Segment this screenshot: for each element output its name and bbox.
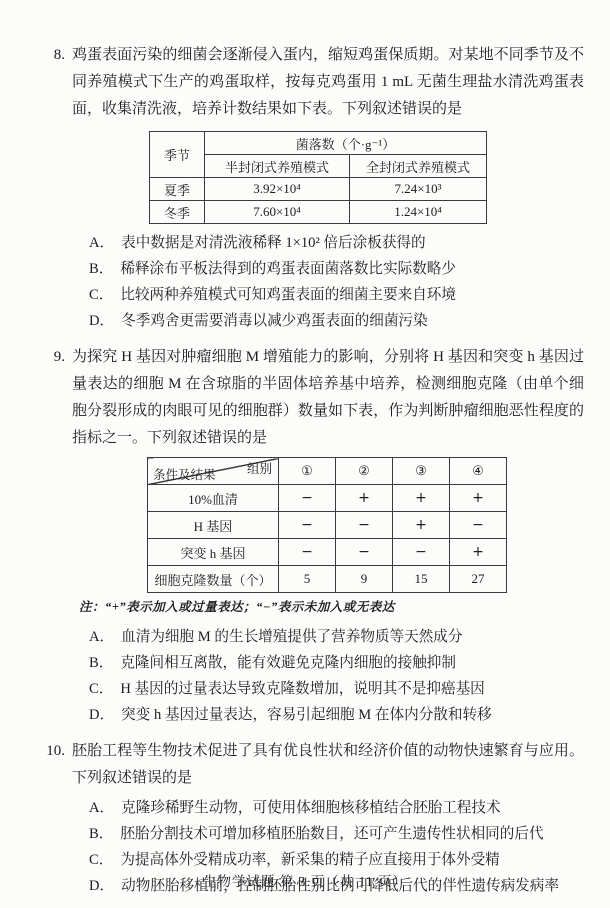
option-label: D．: [89, 308, 114, 334]
q9-row-label: 细胞克隆数量（个）: [148, 566, 279, 593]
table-row: 10%血清 − + + +: [148, 485, 507, 512]
q9-row-label: H 基因: [148, 512, 279, 539]
option-text: 稀释涂布平板法得到的鸡蛋表面菌落数比实际数略少: [120, 256, 456, 282]
q9-cell-value: −: [279, 485, 336, 512]
question-9-number: 9.: [30, 344, 72, 371]
option-label: C．: [89, 282, 113, 308]
q8-cell-value: 7.24×10³: [350, 178, 487, 201]
option-label: A．: [89, 795, 114, 821]
q9-cell-value: −: [336, 512, 393, 539]
q9-cell-value: 15: [393, 566, 450, 593]
option-text: H 基因的过量表达导致克隆数增加，说明其不是抑癌基因: [120, 676, 484, 702]
q9-cell-value: −: [279, 512, 336, 539]
q8-table-span-header: 菌落数（个·g⁻¹）: [205, 132, 487, 155]
q9-cell-value: +: [450, 485, 507, 512]
option-label: C．: [89, 676, 113, 702]
q8-cell-value: 1.24×10⁴: [350, 201, 487, 224]
q9-group-header: ①: [279, 458, 336, 485]
q9-cell-value: +: [450, 539, 507, 566]
option-text: 克隆间相互离散，能有效避免克隆内细胞的接触抑制: [120, 650, 456, 676]
question-8-stem: 鸡蛋表面污染的细菌会逐渐侵入蛋内，缩短鸡蛋保质期。对某地不同季节及不同养殖模式下…: [72, 42, 584, 123]
q8-table-col-header: 全封闭式养殖模式: [350, 155, 487, 178]
q9-group-header: ②: [336, 458, 393, 485]
option-text: 克隆珍稀野生动物，可使用体细胞核移植结合胚胎工程技术: [121, 795, 500, 821]
table-row: 突变 h 基因 − − − +: [148, 539, 507, 566]
q9-cell-value: +: [393, 512, 450, 539]
q8-table-corner-header: 季节: [150, 132, 205, 178]
option-text: 比较两种养殖模式可知鸡蛋表面的细菌主要来自环境: [120, 282, 456, 308]
table-row: 细胞克隆数量（个） 5 9 15 27: [148, 566, 507, 593]
question-8-number: 8.: [30, 42, 72, 69]
option-label: B．: [89, 256, 113, 282]
q9-cell-value: 5: [279, 566, 336, 593]
option-text: 表中数据是对清洗液稀释 1×10² 倍后涂板获得的: [121, 230, 425, 256]
option-text: 胚胎分割技术可增加移植胚胎数目，还可产生遗传性状相同的后代: [120, 821, 543, 847]
q9-clone-table: 组别 条件及结果 ① ② ③ ④ 10%血清 − + + +: [147, 457, 507, 593]
q8-row-label: 冬季: [150, 201, 205, 224]
table-row: 夏季 3.92×10⁴ 7.24×10³: [150, 178, 487, 201]
q9-group-header: ④: [450, 458, 507, 485]
q8-cell-value: 7.60×10⁴: [205, 201, 350, 224]
q9-cell-value: −: [336, 539, 393, 566]
q9-option-b: B． 克隆间相互离散，能有效避免克隆内细胞的接触抑制: [89, 650, 584, 676]
q9-group-header: ③: [393, 458, 450, 485]
q9-option-a: A． 血清为细胞 M 的生长增殖提供了营养物质等天然成分: [89, 624, 584, 650]
q9-cell-value: +: [393, 485, 450, 512]
question-8: 8. 鸡蛋表面污染的细菌会逐渐侵入蛋内，缩短鸡蛋保质期。对某地不同季节及不同养殖…: [30, 42, 584, 334]
q8-cell-value: 3.92×10⁴: [205, 178, 350, 201]
q8-option-b: B． 稀释涂布平板法得到的鸡蛋表面菌落数比实际数略少: [89, 256, 584, 282]
q8-option-c: C． 比较两种养殖模式可知鸡蛋表面的细菌主要来自环境: [89, 282, 584, 308]
q9-cell-value: −: [279, 539, 336, 566]
q10-option-a: A． 克隆珍稀野生动物，可使用体细胞核移植结合胚胎工程技术: [89, 795, 584, 821]
q9-cell-value: −: [450, 512, 507, 539]
question-10-number: 10.: [30, 738, 72, 765]
q9-table-diagonal-header: 组别 条件及结果: [148, 458, 279, 485]
option-text: 突变 h 基因过量表达，容易引起细胞 M 在体内分散和转移: [121, 702, 492, 728]
table-row: H 基因 − − + −: [148, 512, 507, 539]
q9-option-d: D． 突变 h 基因过量表达，容易引起细胞 M 在体内分散和转移: [89, 702, 584, 728]
q9-cell-value: 9: [336, 566, 393, 593]
option-label: A．: [89, 230, 114, 256]
q9-diag-top-label: 组别: [247, 459, 272, 477]
question-9-stem: 为探究 H 基因对肿瘤细胞 M 增殖能力的影响，分别将 H 基因和突变 h 基因…: [72, 344, 584, 452]
q9-option-c: C． H 基因的过量表达导致克隆数增加，说明其不是抑癌基因: [89, 676, 584, 702]
q9-table-note: 注：“+”表示加入或过量表达；“−”表示未加入或无表达: [79, 597, 584, 615]
option-text: 冬季鸡舍更需要消毒以减少鸡蛋表面的细菌污染: [121, 308, 427, 334]
q8-table-col-header: 半封闭式养殖模式: [205, 155, 350, 178]
q8-option-a: A． 表中数据是对清洗液稀释 1×10² 倍后涂板获得的: [89, 230, 584, 256]
q9-row-label: 10%血清: [148, 485, 279, 512]
option-label: A．: [89, 624, 114, 650]
question-9: 9. 为探究 H 基因对肿瘤细胞 M 增殖能力的影响，分别将 H 基因和突变 h…: [30, 344, 584, 728]
option-text: 血清为细胞 M 的生长增殖提供了营养物质等天然成分: [121, 624, 462, 650]
page-footer: 生物学试题 第 3 页（共 11 页）: [0, 870, 610, 890]
q9-diag-bottom-label: 条件及结果: [153, 465, 216, 483]
option-label: B．: [89, 650, 113, 676]
option-label: D．: [89, 702, 114, 728]
q9-cell-value: +: [336, 485, 393, 512]
q9-cell-value: 27: [450, 566, 507, 593]
q8-row-label: 夏季: [150, 178, 205, 201]
question-10-stem: 胚胎工程等生物技术促进了具有优良性状和经济价值的动物快速繁育与应用。下列叙述错误…: [72, 738, 584, 792]
table-row: 冬季 7.60×10⁴ 1.24×10⁴: [150, 201, 487, 224]
q9-cell-value: −: [393, 539, 450, 566]
q9-options: A． 血清为细胞 M 的生长增殖提供了营养物质等天然成分 B． 克隆间相互离散，…: [72, 624, 584, 728]
q8-options: A． 表中数据是对清洗液稀释 1×10² 倍后涂板获得的 B． 稀释涂布平板法得…: [72, 230, 584, 334]
option-label: B．: [89, 821, 113, 847]
exam-page: 8. 鸡蛋表面污染的细菌会逐渐侵入蛋内，缩短鸡蛋保质期。对某地不同季节及不同养殖…: [0, 0, 610, 899]
q9-row-label: 突变 h 基因: [148, 539, 279, 566]
q8-colony-count-table: 季节 菌落数（个·g⁻¹） 半封闭式养殖模式 全封闭式养殖模式 夏季 3.92×…: [149, 131, 487, 224]
q10-option-b: B． 胚胎分割技术可增加移植胚胎数目，还可产生遗传性状相同的后代: [89, 821, 584, 847]
q8-option-d: D． 冬季鸡舍更需要消毒以减少鸡蛋表面的细菌污染: [89, 308, 584, 334]
